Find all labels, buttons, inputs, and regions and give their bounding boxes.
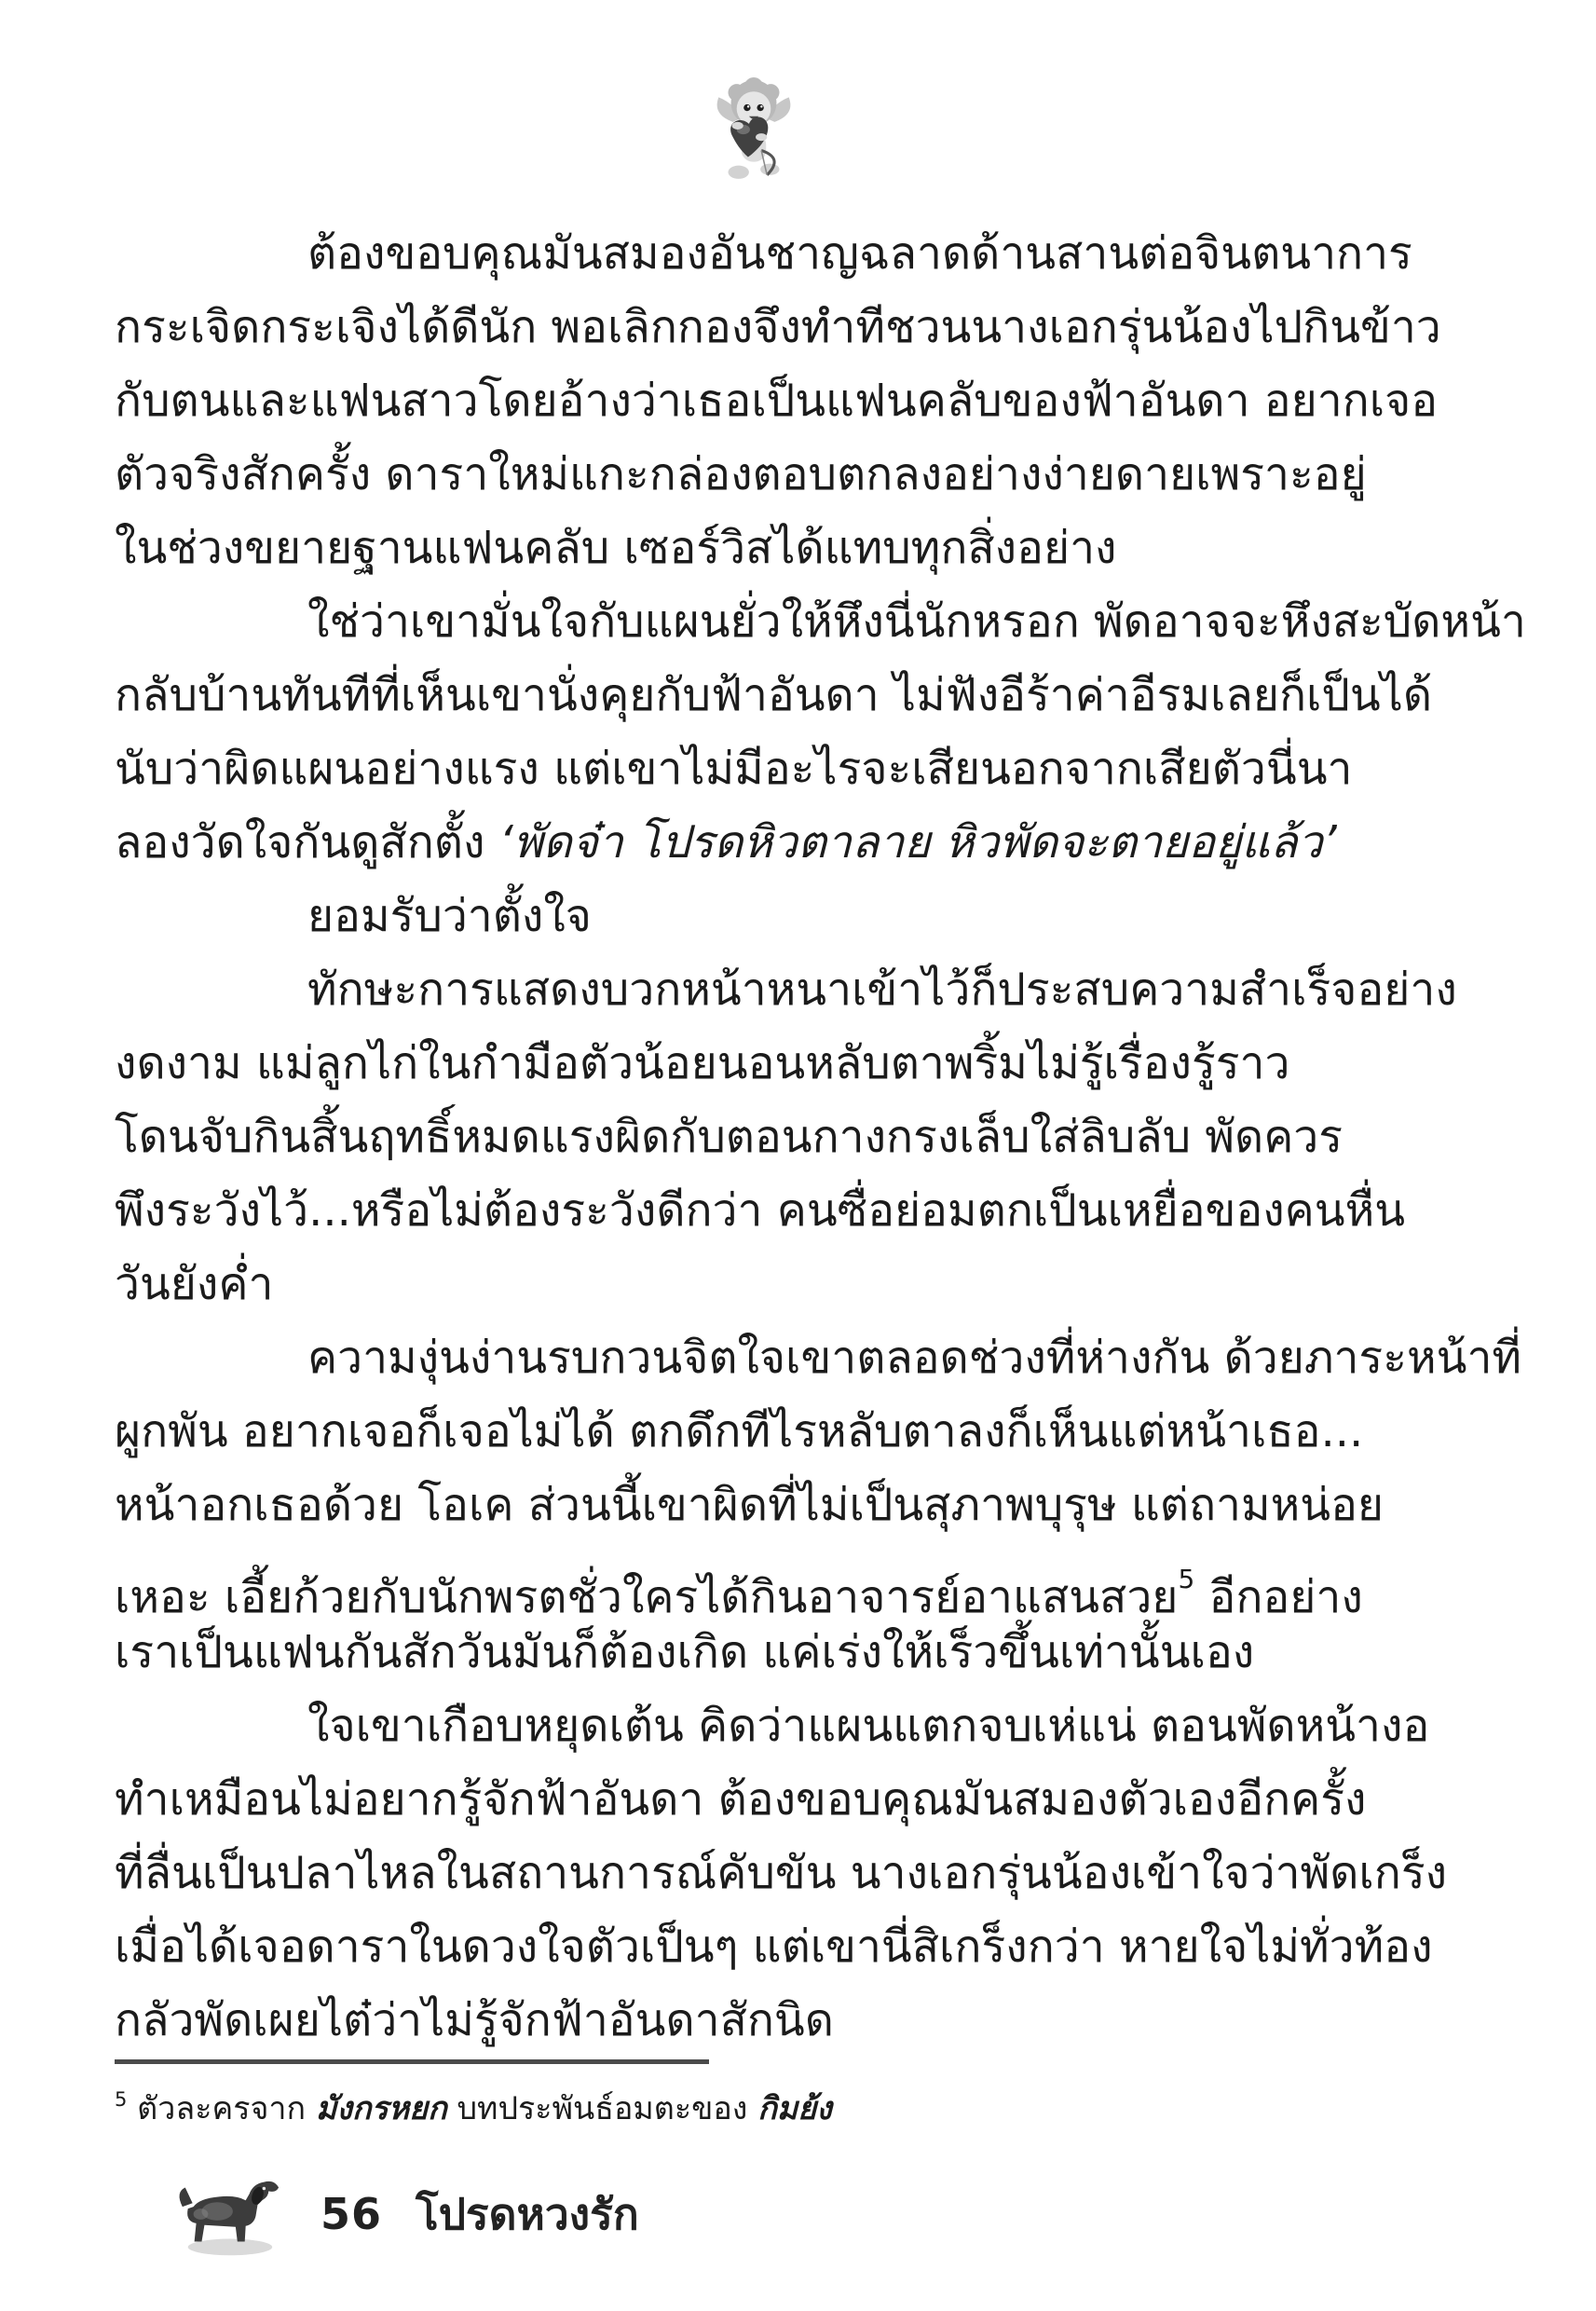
text-segment: เราเป็นแฟนกันสักวันมันก็ต้องเกิด แค่เร่ง… — [115, 1626, 1254, 1678]
text-line: ทักษะการแสดงบวกหน้าหนาเข้าไว้ก็ประสบความ… — [115, 953, 1492, 1027]
cupid-heart-illustration — [706, 76, 801, 183]
text-segment: ความงุ่นง่านรบกวนจิตใจเขาตลอดช่วงที่ห่าง… — [307, 1332, 1521, 1384]
text-segment: กระเจิดกระเจิงได้ดีนัก พอเลิกกองจึงทำทีช… — [115, 301, 1441, 353]
text-segment: ตัวจริงสักครั้ง ดาราใหม่แกะกล่องตอบตกลงอ… — [115, 448, 1367, 500]
text-line: เราเป็นแฟนกันสักวันมันก็ต้องเกิด แค่เร่ง… — [115, 1616, 1492, 1689]
text-line: กลับบ้านทันทีที่เห็นเขานั่งคุยกับฟ้าอันด… — [115, 659, 1492, 732]
running-title: โปรดหวงรัก — [416, 2181, 639, 2249]
text-line: กับตนและแฟนสาวโดยอ้างว่าเธอเป็นแฟนคลับขอ… — [115, 364, 1492, 438]
text-line: เมื่อได้เจอดาราในดวงใจตัวเป็นๆ แต่เขานี่… — [115, 1910, 1492, 1984]
text-segment: หน้าอกเธอด้วย โอเค ส่วนนี้เขาผิดที่ไม่เป… — [115, 1479, 1384, 1531]
text-line: ใจเขาเกือบหยุดเต้น คิดว่าแผนแตกจบเห่แน่ … — [115, 1689, 1492, 1763]
text-segment: ลองวัดใจกันดูสักตั้ง — [115, 816, 499, 868]
text-segment: เมื่อได้เจอดาราในดวงใจตัวเป็นๆ แต่เขานี่… — [115, 1921, 1433, 1973]
text-segment: กิมย้ง — [757, 2090, 832, 2127]
text-segment: 5 — [1178, 1564, 1194, 1594]
text-line: ลองวัดใจกันดูสักตั้ง ‘พัดจ๋า โปรดหิวตาลา… — [115, 806, 1492, 880]
text-segment: ทักษะการแสดงบวกหน้าหนาเข้าไว้ก็ประสบความ… — [307, 964, 1457, 1016]
text-line: ทำเหมือนไม่อยากรู้จักฟ้าอันดา ต้องขอบคุณ… — [115, 1763, 1492, 1837]
text-segment: ต้องขอบคุณมันสมองอันชาญฉลาดด้านสานต่อจิน… — [307, 227, 1412, 280]
text-segment: ใช่ว่าเขามั่นใจกับแผนยั่วให้หึงนี่นักหรอ… — [307, 595, 1526, 648]
text-segment: กับตนและแฟนสาวโดยอ้างว่าเธอเป็นแฟนคลับขอ… — [115, 375, 1438, 427]
body-text: ต้องขอบคุณมันสมองอันชาญฉลาดด้านสานต่อจิน… — [115, 217, 1492, 2058]
text-segment: โดนจับกินสิ้นฤทธิ์หมดแรงผิดกับตอนกางกรงเ… — [115, 1111, 1343, 1163]
text-line: ในช่วงขยายฐานแฟนคลับ เซอร์วิสได้แทบทุกสิ… — [115, 512, 1492, 585]
text-line: งดงาม แม่ลูกไก่ในกำมือตัวน้อยนอนหลับตาพร… — [115, 1027, 1492, 1101]
text-segment: บทประพันธ์อมตะของ — [447, 2090, 758, 2127]
text-segment: กลัวพัดเผยไต๋ว่าไม่รู้จักฟ้าอันดาสักนิด — [115, 1994, 834, 2046]
text-line: นับว่าผิดแผนอย่างแรง แต่เขาไม่มีอะไรจะเส… — [115, 732, 1492, 806]
text-line: ความงุ่นง่านรบกวนจิตใจเขาตลอดช่วงที่ห่าง… — [115, 1321, 1492, 1395]
text-line: ใช่ว่าเขามั่นใจกับแผนยั่วให้หึงนี่นักหรอ… — [115, 585, 1492, 659]
text-line: ผูกพัน อยากเจอก็เจอไม่ได้ ตกดึกทีไรหลับต… — [115, 1395, 1492, 1469]
text-line: ตัวจริงสักครั้ง ดาราใหม่แกะกล่องตอบตกลงอ… — [115, 438, 1492, 512]
dachshund-icon — [173, 2167, 283, 2261]
text-line: ต้องขอบคุณมันสมองอันชาญฉลาดด้านสานต่อจิน… — [115, 217, 1492, 291]
cupid-heart-icon — [706, 76, 801, 183]
page-footer: 56 โปรดหวงรัก — [173, 2167, 639, 2261]
text-segment: ที่ลื่นเป็นปลาไหลในสถานการณ์คับขัน นางเอ… — [115, 1847, 1447, 1899]
footnote-text: 5 ตัวละครจาก มังกรหยก บทประพันธ์อมตะของ … — [115, 2079, 1492, 2129]
text-segment: ‘พัดจ๋า โปรดหิวตาลาย หิวพัดจะตายอยู่แล้ว… — [499, 816, 1337, 868]
text-line: โดนจับกินสิ้นฤทธิ์หมดแรงผิดกับตอนกางกรงเ… — [115, 1101, 1492, 1174]
footnote: 5 ตัวละครจาก มังกรหยก บทประพันธ์อมตะของ … — [115, 2059, 1492, 2129]
text-segment: ใจเขาเกือบหยุดเต้น คิดว่าแผนแตกจบเห่แน่ … — [307, 1700, 1429, 1752]
text-segment: ยอมรับว่าตั้งใจ — [307, 890, 592, 942]
text-line: ที่ลื่นเป็นปลาไหลในสถานการณ์คับขัน นางเอ… — [115, 1837, 1492, 1910]
text-line: กลัวพัดเผยไต๋ว่าไม่รู้จักฟ้าอันดาสักนิด — [115, 1984, 1492, 2058]
text-line: ยอมรับว่าตั้งใจ — [115, 880, 1492, 953]
page-number: 56 — [321, 2189, 382, 2239]
footnote-divider — [115, 2059, 709, 2064]
footer-text: 56 โปรดหวงรัก — [321, 2181, 639, 2249]
text-segment: ตัวละครจาก — [127, 2090, 316, 2127]
text-line: เหอะ เอี้ยก้วยกับนักพรตชั่วใครได้กินอาจา… — [115, 1542, 1492, 1616]
text-segment: ในช่วงขยายฐานแฟนคลับ เซอร์วิสได้แทบทุกสิ… — [115, 522, 1116, 574]
text-segment: งดงาม แม่ลูกไก่ในกำมือตัวน้อยนอนหลับตาพร… — [115, 1037, 1289, 1089]
text-segment: ทำเหมือนไม่อยากรู้จักฟ้าอันดา ต้องขอบคุณ… — [115, 1773, 1366, 1826]
book-page: ต้องขอบคุณมันสมองอันชาญฉลาดด้านสานต่อจิน… — [0, 0, 1596, 2311]
text-segment: มังกรหยก — [316, 2090, 447, 2127]
text-segment: 5 — [115, 2088, 127, 2111]
text-segment: พึงระวังไว้...หรือไม่ต้องระวังดีกว่า คนซ… — [115, 1184, 1405, 1237]
text-line: วันยังค่ำ — [115, 1248, 1492, 1321]
text-line: หน้าอกเธอด้วย โอเค ส่วนนี้เขาผิดที่ไม่เป… — [115, 1469, 1492, 1542]
text-segment: นับว่าผิดแผนอย่างแรง แต่เขาไม่มีอะไรจะเส… — [115, 743, 1352, 795]
text-segment: ผูกพัน อยากเจอก็เจอไม่ได้ ตกดึกทีไรหลับต… — [115, 1405, 1363, 1457]
text-segment: วันยังค่ำ — [115, 1258, 273, 1310]
text-segment: กลับบ้านทันทีที่เห็นเขานั่งคุยกับฟ้าอันด… — [115, 669, 1432, 721]
text-line: กระเจิดกระเจิงได้ดีนัก พอเลิกกองจึงทำทีช… — [115, 291, 1492, 364]
text-line: พึงระวังไว้...หรือไม่ต้องระวังดีกว่า คนซ… — [115, 1174, 1492, 1248]
